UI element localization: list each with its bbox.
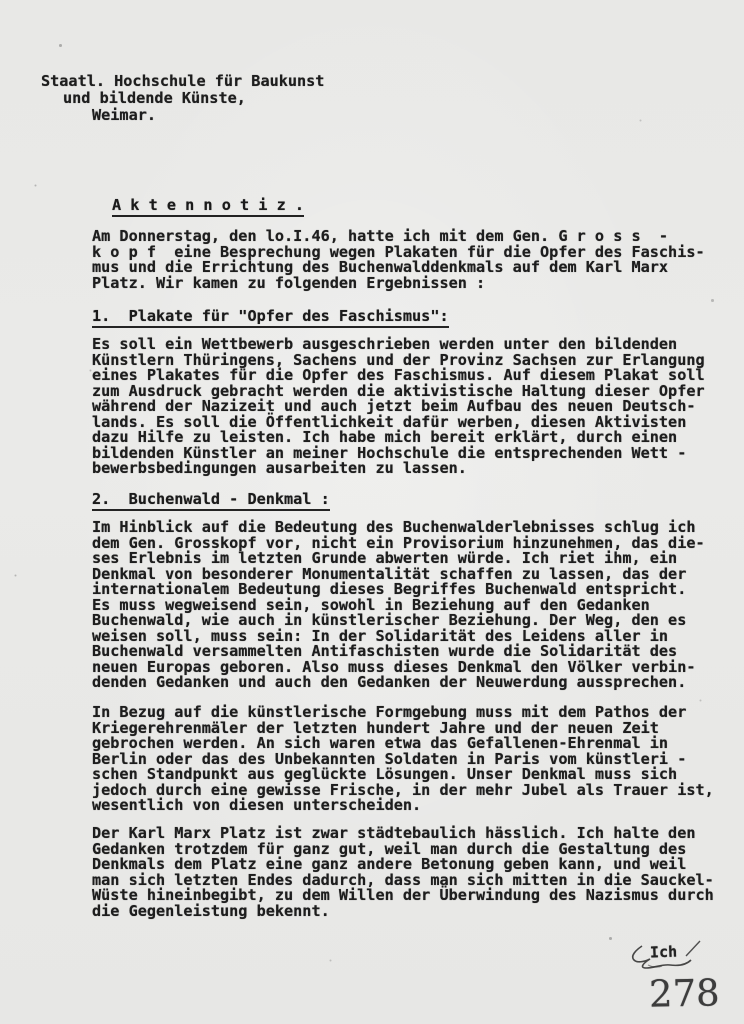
section2-paragraph-1: Im Hinblick auf die Bedeutung des Buchen…: [92, 520, 705, 691]
letterhead-line: und bildende Künste,: [63, 90, 324, 107]
section2-heading: 2. Buchenwald - Denkmal :: [92, 490, 330, 511]
text-line: bewerbsbedingungen ausarbeiten zu lassen…: [92, 461, 705, 477]
section2-paragraph-2: In Bezug auf die künstlerische Formgebun…: [92, 705, 714, 814]
scanned-document-page: Staatl. Hochschule für Baukunstund bilde…: [0, 0, 744, 1024]
text-line: denden Gedanken und auch den Gedanken de…: [92, 675, 705, 691]
text-line: wesentlich von diesen unterscheiden.: [92, 798, 714, 814]
stamp-text: Ich: [650, 943, 678, 962]
text-line: Platz. Wir kamen zu folgenden Ergebnisse…: [92, 276, 705, 292]
letterhead: Staatl. Hochschule für Baukunstund bilde…: [41, 73, 324, 124]
letterhead-line: Weimar.: [92, 107, 324, 124]
scan-speck-artifacts: [0, 0, 1, 1]
archive-page-number: 278: [649, 971, 720, 1015]
intro-paragraph: Am Donnerstag, den lo.I.46, hatte ich mi…: [92, 229, 705, 291]
document-title: A k t e n n o t i z .: [112, 196, 304, 217]
text-line: die Gegenleistung bekennt.: [92, 904, 714, 920]
letterhead-line: Staatl. Hochschule für Baukunst: [41, 73, 324, 90]
section1-paragraph: Es soll ein Wettbewerb ausgeschrieben we…: [92, 337, 705, 477]
section2-paragraph-3: Der Karl Marx Platz ist zwar städtebauli…: [92, 826, 714, 919]
section1-heading: 1. Plakate für "Opfer des Faschismus":: [92, 307, 449, 328]
